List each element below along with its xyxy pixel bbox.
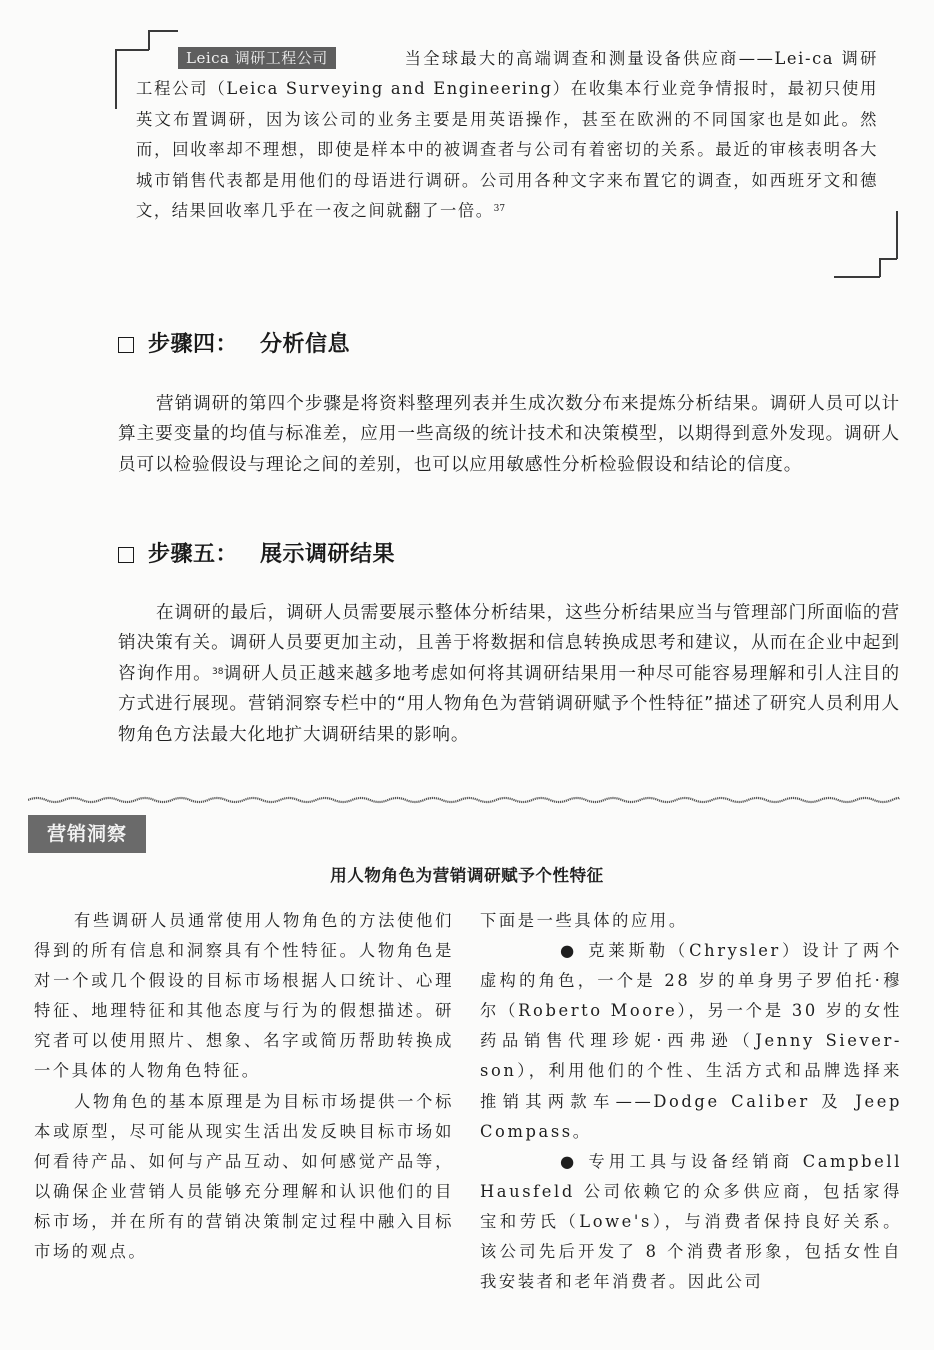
step-five-paragraph: 在调研的最后，调研人员需要展示整体分析结果，这些分析结果应当与管理部门所面临的营…	[118, 598, 900, 750]
case-box-body: ca 调研工程公司（Leica Surveying and Engineerin…	[136, 49, 878, 220]
insight-right-column: 下面是一些具体的应用。 ●克莱斯勒（Chrysler）设计了两个虚构的角色，一个…	[480, 906, 902, 1297]
insight-bullet-item: ●克莱斯勒（Chrysler）设计了两个虚构的角色，一个是 28 岁的单身男子罗…	[480, 936, 902, 1147]
insight-intro: 下面是一些具体的应用。	[480, 906, 902, 936]
insight-bullet-item: ●专用工具与设备经销商 Campbell Hausfeld 公司依赖它的众多供应…	[480, 1147, 902, 1297]
wavy-divider	[28, 795, 900, 805]
insight-paragraph: 人物角色的基本原理是为目标市场提供一个标本或原型，尽可能从现实生活出发反映目标市…	[34, 1087, 454, 1268]
marketing-insight-label: 营销洞察	[28, 815, 146, 853]
step-four-paragraph: 营销调研的第四个步骤是将资料整理列表并生成次数分布来提炼分析结果。调研人员可以计…	[118, 389, 900, 480]
bullet-icon: ●	[520, 936, 577, 966]
insight-left-column: 有些调研人员通常使用人物角色的方法使他们得到的所有信息和洞察具有个性特征。人物角…	[34, 906, 454, 1267]
step-five-title: 展示调研结果	[260, 540, 395, 570]
checkbox-square-icon	[118, 547, 134, 563]
step-four-title: 分析信息	[260, 330, 350, 360]
step-five-heading: 步骤五： 展示调研结果	[118, 540, 395, 570]
footnote-ref: 37	[494, 204, 505, 214]
step-four-label: 步骤四：	[148, 330, 238, 360]
footnote-ref: 38	[212, 667, 223, 677]
marketing-insight-title: 用人物角色为营销调研赋予个性特征	[0, 862, 934, 890]
step-five-text-part2: 调研人员正越来越多地考虑如何将其调研结果用一种尽可能容易理解和引人注目的方式进行…	[118, 664, 900, 745]
checkbox-square-icon	[118, 337, 134, 353]
case-box-first-line: 当全球最大的高端调查和测量设备供应商——Lei-	[404, 49, 812, 68]
bullet-icon: ●	[520, 1147, 577, 1177]
bullet-text: 克莱斯勒（Chrysler）设计了两个虚构的角色，一个是 28 岁的单身男子罗伯…	[480, 941, 902, 1141]
insight-paragraph: 有些调研人员通常使用人物角色的方法使他们得到的所有信息和洞察具有个性特征。人物角…	[34, 906, 454, 1087]
step-four-heading: 步骤四： 分析信息	[118, 330, 350, 360]
case-box-text: 当全球最大的高端调查和测量设备供应商——Lei-ca 调研工程公司（Leica …	[136, 44, 878, 226]
step-five-label: 步骤五：	[148, 540, 238, 570]
